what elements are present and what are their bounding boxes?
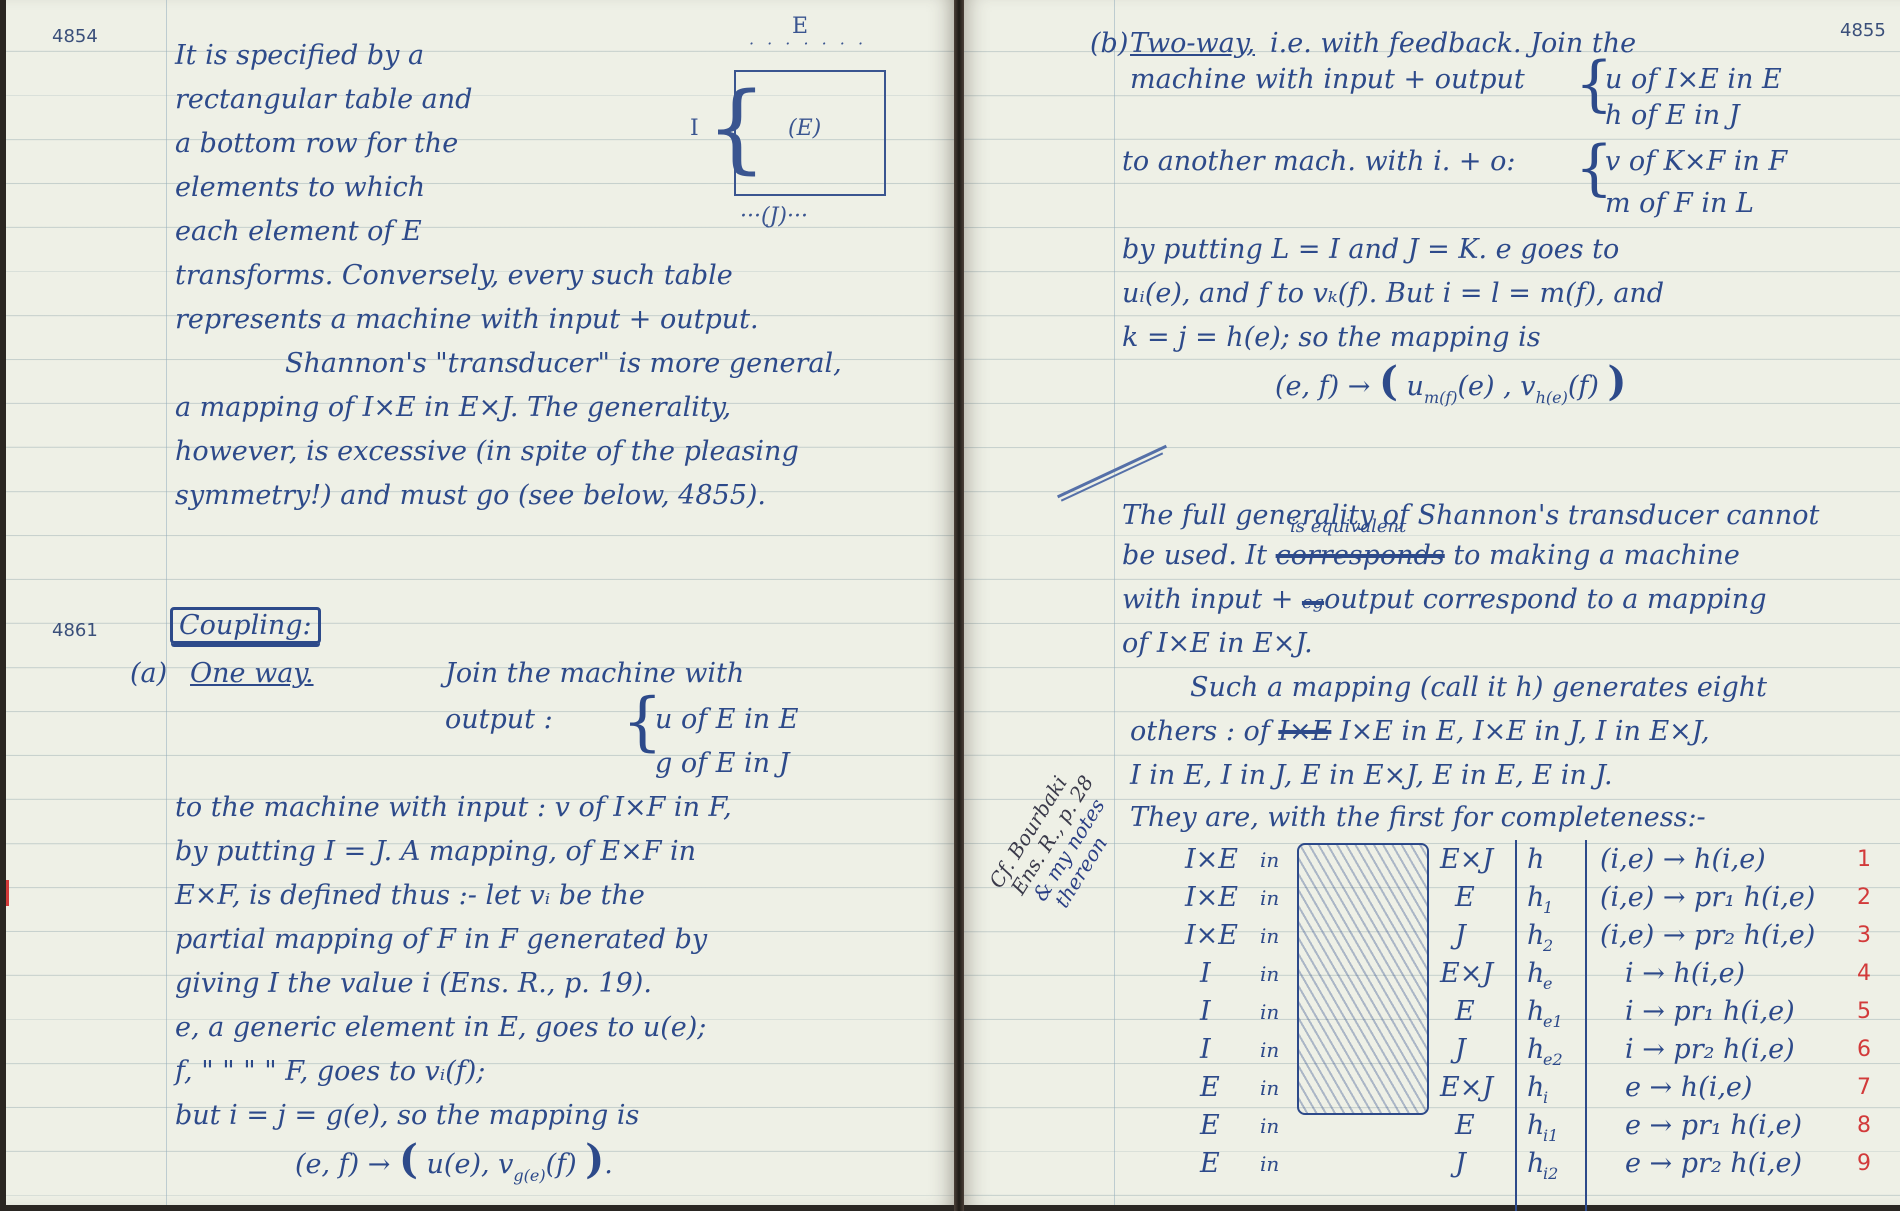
text-line: symmetry!) and must go (see below, 4855)… bbox=[175, 474, 766, 518]
text-line: of I×E in E×J. bbox=[1122, 622, 1313, 666]
text-line: output : bbox=[445, 698, 553, 742]
brace-v: v of K×F in F bbox=[1605, 140, 1787, 184]
text-line: a mapping of I×E in E×J. The generality, bbox=[175, 386, 731, 430]
text-line: to the machine with input : v of I×F in … bbox=[175, 786, 732, 830]
text-line: each element of E bbox=[175, 210, 422, 254]
text-line: Shannon's "transducer" is more general, bbox=[285, 342, 842, 386]
text-line: represents a machine with input + output… bbox=[175, 298, 759, 342]
text-line: however, is excessive (in spite of the p… bbox=[175, 430, 799, 474]
table-diagram: E · · · · · · · I { (E) ···(J)··· bbox=[690, 20, 920, 230]
text-line: f, " " " " F, goes to vᵢ(f); bbox=[175, 1050, 485, 1094]
text-line: k = j = h(e); so the mapping is bbox=[1122, 316, 1541, 360]
text-line: rectangular table and bbox=[175, 78, 472, 122]
section-marker: (b) bbox=[1090, 22, 1128, 66]
text-line: The full generality of Shannon's transdu… bbox=[1122, 494, 1819, 538]
margin-rule bbox=[1114, 0, 1115, 1205]
table-row: I×EinJh2(i,e) → pr₂ h(i,e)3 bbox=[1145, 914, 1885, 952]
diagram-label-center: (E) bbox=[788, 116, 821, 141]
table-row: EinJhi2e → pr₂ h(i,e)9 bbox=[1145, 1142, 1885, 1180]
text-line: They are, with the first for completenes… bbox=[1130, 796, 1706, 840]
brace-h: h of E in J bbox=[1605, 94, 1740, 138]
coupling-heading: Coupling: bbox=[170, 604, 321, 648]
text-line: with input + egoutput correspond to a ma… bbox=[1122, 578, 1766, 625]
output-u: u of E in E bbox=[655, 698, 798, 742]
text-line: elements to which bbox=[175, 166, 425, 210]
text-line: uᵢ(e), and f to vₖ(f). But i = l = m(f),… bbox=[1122, 272, 1664, 316]
text-line: Such a mapping (call it h) generates eig… bbox=[1190, 666, 1767, 710]
section-title: One way. bbox=[190, 652, 314, 696]
diagram-label-I: I bbox=[690, 116, 699, 141]
struck-word: I×E bbox=[1278, 716, 1331, 747]
text-line: Join the machine with bbox=[445, 652, 744, 696]
diagram-label-bottom: ···(J)··· bbox=[740, 204, 808, 229]
table-row: I×EinEh1(i,e) → pr₁ h(i,e)2 bbox=[1145, 876, 1885, 914]
text-line: partial mapping of F in F generated by bbox=[175, 918, 707, 962]
text-line: giving I the value i (Ens. R., p. 19). bbox=[175, 962, 652, 1006]
text-line: by putting L = I and J = K. e goes to bbox=[1122, 228, 1619, 272]
text-line: others : of I×E I×E in E, I×E in J, I in… bbox=[1130, 710, 1710, 754]
section-marker: (a) bbox=[130, 652, 167, 696]
text-line: a bottom row for the bbox=[175, 122, 458, 166]
table-row: EinEhi1e → pr₁ h(i,e)8 bbox=[1145, 1104, 1885, 1142]
brace-m: m of F in L bbox=[1605, 182, 1754, 226]
red-margin-mark bbox=[6, 880, 9, 906]
struck-word: eg bbox=[1302, 592, 1324, 613]
struck-word: corresponds bbox=[1276, 540, 1445, 571]
text-line: machine with input + output bbox=[1130, 58, 1525, 102]
diagram-brace-dots: · · · · · · · bbox=[734, 34, 882, 53]
text-line: transforms. Conversely, every such table bbox=[175, 254, 733, 298]
book-gutter bbox=[954, 0, 964, 1211]
page-number: 4854 bbox=[52, 26, 98, 47]
text-line: by putting I = J. A mapping, of E×F in bbox=[175, 830, 696, 874]
table-row: IinJhe2i → pr₂ h(i,e)6 bbox=[1145, 1028, 1885, 1066]
table-row: IinEhe1i → pr₁ h(i,e)5 bbox=[1145, 990, 1885, 1028]
margin-rule bbox=[166, 0, 167, 1205]
text-line: be used. It corresponds to making a mach… bbox=[1122, 534, 1740, 578]
formula: (e, f) → ( um(f)(e) , vh(e)(f) ) bbox=[1275, 360, 1626, 420]
page-number: 4861 bbox=[52, 620, 98, 641]
text-line: to another mach. with i. + o: bbox=[1122, 140, 1515, 184]
page-number: 4855 bbox=[1840, 20, 1886, 41]
table-row: IinE×Jhei → h(i,e)4 bbox=[1145, 952, 1885, 990]
text-line: E×F, is defined thus :- let vᵢ be the bbox=[175, 874, 645, 918]
formula: (e, f) → ( u(e), vg(e)(f) ). bbox=[295, 1138, 613, 1198]
output-g: g of E in J bbox=[655, 742, 789, 786]
text-line: I in E, I in J, E in E×J, E in E, E in J… bbox=[1130, 754, 1613, 798]
text-line: e, a generic element in E, goes to u(e); bbox=[175, 1006, 706, 1050]
text-line: It is specified by a bbox=[175, 34, 424, 78]
table-row: EinE×Jhie → h(i,e)7 bbox=[1145, 1066, 1885, 1104]
text-line: but i = j = g(e), so the mapping is bbox=[175, 1094, 639, 1138]
table-row: I×EinE×Jh(i,e) → h(i,e)1 bbox=[1145, 838, 1885, 876]
